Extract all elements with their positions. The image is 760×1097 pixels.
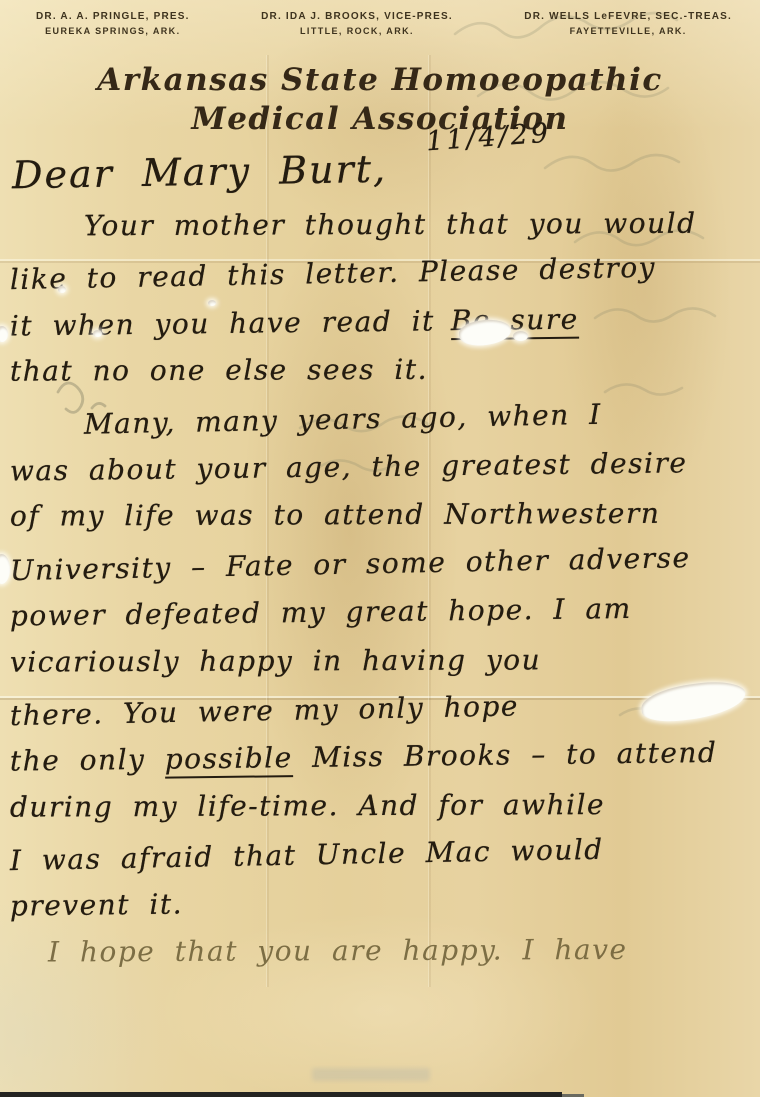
letterhead-officers: DR. A. A. PRINGLE, PRES. EUREKA SPRINGS,… <box>36 9 732 38</box>
letter-line: it when you have read itBe sure <box>10 300 755 357</box>
line-text: that no one else sees it. <box>10 353 428 388</box>
line-text: the only <box>10 743 165 778</box>
officer-location: EUREKA SPRINGS, ARK. <box>36 25 190 39</box>
line-text: prevent it. <box>10 888 183 923</box>
letter-page: DR. A. A. PRINGLE, PRES. EUREKA SPRINGS,… <box>0 0 760 1097</box>
salutation: Dear Mary Burt, <box>12 147 388 198</box>
line-text: it when you have read it <box>10 304 435 342</box>
letter-line: of my life was to attend Northwestern <box>10 497 754 549</box>
letter-line: I hope that you are happy. I have <box>10 932 754 984</box>
line-text: Many, many years ago, when I <box>84 397 602 440</box>
officer-location: FAYETTEVILLE, ARK. <box>524 25 732 39</box>
scan-edge <box>0 1092 562 1097</box>
organization-name-line1: Arkansas State Homoeopathic <box>0 62 760 98</box>
underlined-text: possible <box>165 741 293 779</box>
letter-line: prevent it. <box>10 881 755 938</box>
officer-president: DR. A. A. PRINGLE, PRES. EUREKA SPRINGS,… <box>36 9 190 38</box>
officer-name: DR. WELLS LeFEVRE, SEC.-TREAS. <box>524 9 732 25</box>
organization-name-line2: Medical Association <box>0 101 760 137</box>
paper-tear <box>513 331 528 341</box>
line-text: vicariously happy in having you <box>10 643 541 678</box>
letter-line: was about your age, the greatest desire <box>10 445 755 502</box>
paper-speck <box>93 330 102 337</box>
line-text: was about your age, the greatest desire <box>10 446 688 487</box>
officer-name: DR. A. A. PRINGLE, PRES. <box>36 9 190 25</box>
faint-stamp <box>312 1068 430 1081</box>
letter-line: vicariously happy in having you <box>10 642 754 694</box>
line-text: I hope that you are happy. I have <box>48 933 628 969</box>
line-text: of my life was to attend Northwestern <box>10 497 661 533</box>
line-text: during my life-time. And for awhile <box>10 788 605 824</box>
officer-location: LITTLE, ROCK, ARK. <box>261 25 453 39</box>
letter-line: during my life-time. And for awhile <box>10 787 754 839</box>
letter-body: Your mother thought that you wouldlike t… <box>10 208 754 982</box>
line-text: power defeated my great hope. I am <box>10 592 632 633</box>
line-text: University – Fate or some other adverse <box>10 541 691 587</box>
line-text: like to read this letter. Please destroy <box>10 251 657 296</box>
line-text: Your mother thought that you would <box>84 207 697 243</box>
paper-speck <box>208 300 216 306</box>
paper-speck <box>0 326 8 342</box>
letter-line: the only possible Miss Brooks – to atten… <box>10 736 755 793</box>
letter-line: power defeated my great hope. I am <box>10 591 755 648</box>
paper-tear <box>0 554 10 584</box>
officer-name: DR. IDA J. BROOKS, VICE-PRES. <box>261 9 453 25</box>
line-text: I was afraid that Uncle Mac would <box>10 833 604 877</box>
paper-speck <box>58 286 66 293</box>
line-text: Miss Brooks – to attend <box>292 736 717 774</box>
officer-vice-president: DR. IDA J. BROOKS, VICE-PRES. LITTLE, RO… <box>261 9 453 38</box>
letter-line: that no one else sees it. <box>10 352 754 404</box>
officer-secretary-treasurer: DR. WELLS LeFEVRE, SEC.-TREAS. FAYETTEVI… <box>524 9 732 38</box>
